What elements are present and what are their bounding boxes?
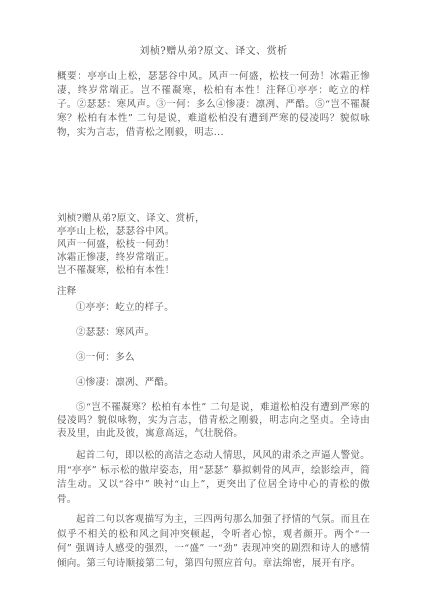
- poem-block: 刘桢?赠从弟?原文、译文、赏析， 亭亭山上松，瑟瑟谷中风。 风声一何盛，松枝一何…: [57, 212, 370, 277]
- note-item: ③一何：多么: [57, 351, 370, 364]
- poem-line: 亭亭山上松，瑟瑟谷中风。: [57, 225, 370, 238]
- page-title: 刘桢?赠从弟?原文、译文、赏析: [57, 46, 370, 58]
- analysis-paragraph: 起首二句，即以松的高洁之态动人情思，风风的肃杀之声逼人警觉。用“亭亭” 标示松的…: [57, 449, 370, 507]
- note-item: ②瑟瑟：寒风声。: [57, 326, 370, 339]
- note-item: ④惨凄：凛冽、严酷。: [57, 376, 370, 389]
- document-page: 刘桢?赠从弟?原文、译文、赏析 概要：亭亭山上松，瑟瑟谷中风。风声一何盛，松枝一…: [0, 0, 424, 600]
- poem-line: 岂不罹凝寒，松柏有本性！: [57, 264, 370, 277]
- summary-paragraph: 概要：亭亭山上松，瑟瑟谷中风。风声一何盛，松枝一何劲！冰霜正惨凄，终岁常端正。岂…: [57, 70, 370, 140]
- poem-line: 风声一何盛，松枝一何劲！: [57, 238, 370, 251]
- note-item: ⑤“岂不罹凝寒？松柏有本性” 二句是说，难道松柏没有遭到严寒的侵凌吗？貌似咏物，…: [57, 401, 370, 440]
- note-item: ①亭亭：屹立的样子。: [57, 301, 370, 314]
- poem-line: 冰霜正惨凄，终岁常端正。: [57, 251, 370, 264]
- analysis-paragraph: 起首二句以客观描写为主，三四两句那么加强了抒情的气氛。而且在似乎不相关的松和风之…: [57, 513, 370, 571]
- poem-heading: 刘桢?赠从弟?原文、译文、赏析，: [57, 212, 370, 225]
- notes-heading: 注释: [57, 285, 370, 298]
